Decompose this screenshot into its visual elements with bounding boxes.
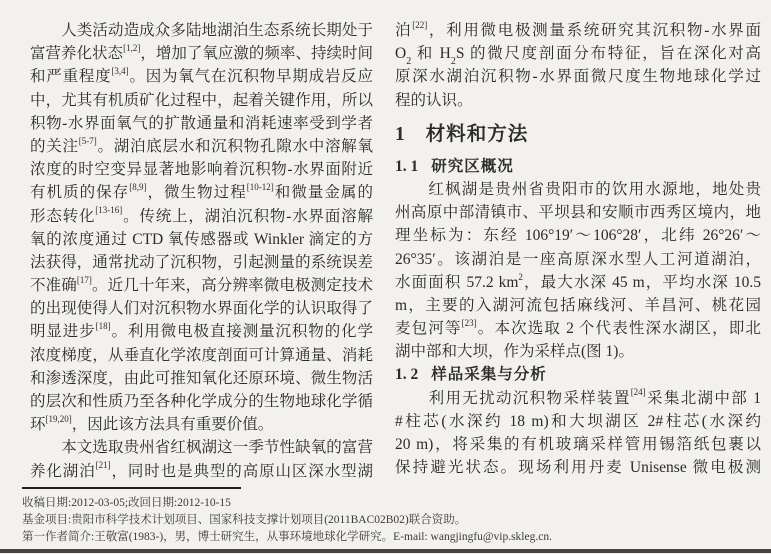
text-line: 程的认识。 [395,89,761,112]
text-line: 环[19,20]，因此该方法具有重要价值。 [30,413,373,436]
text-line: 26°35′。该湖泊是一座高原深水型人工河道湖泊， [395,248,761,271]
text-line: 麦包河等[23]。本次选取 2 个代表性深水湖区，即北 [395,317,761,340]
text-line: 的层次和性质乃至各种化学成分的生物地球化学循 [30,390,373,413]
text-line: 明显进步[18]。利用微电极直接测量沉积物的化学 [30,320,373,343]
text-line: 本文选取贵州省红枫湖这一季节性缺氧的富营 [30,436,373,459]
left-column: 人类活动造成众多陆地湖泊生态系统长期处于富营养化状态[1,2]，增加了氧应激的频… [30,19,373,483]
text-line: 的出现使得人们对沉积物水界面化学的认识取得了 [30,297,373,320]
text-line: 利用无扰动沉积物采样装置[24]采集北湖中部 1 [395,387,761,410]
text-line: 积物-水界面氧气的扩散通量和消耗速率受到学者 [30,112,373,135]
text-line: 氧的浓度通过 CTD 氧传感器或 Winkler 滴定的方 [30,228,373,251]
footnote: 收稿日期:2012-03-05;改回日期:2012-10-15 基金项目:贵阳市… [22,487,762,546]
text-line: 原深水湖泊沉积物-水界面微尺度生物地球化学过 [395,65,761,88]
text-line: 州高原中部清镇市、平坝县和安顺市西秀区境内，地 [395,201,761,224]
text-line: O2 和 H2S 的微尺度剖面分布特征，旨在深化对高 [395,42,761,65]
text-line: 红枫湖是贵州省贵阳市的饮用水源地，地处贵 [395,178,761,201]
text-line: #柱芯(水深约 18 m)和大坝湖区 2#柱芯(水深约 [395,410,761,433]
text-line: 水面面积 57.2 km2，最大水深 45 m，平均水深 10.5 [395,271,761,294]
text-line: 富营养化状态[1,2]，增加了氧应激的频率、持续时间 [30,42,373,65]
text-line: 理坐标为：东经 106°19′～106°28′，北纬 26°26′～ [395,224,761,247]
text-line: 和渗透深度，由此可推知氧化还原环境、微生物活动 [30,367,373,390]
text-line: 泊[22]，利用微电极测量系统研究其沉积物-水界面 [395,19,761,42]
text-line: 养化湖泊[21]，同时也是典型的高原山区深水型湖 [30,460,373,483]
heading-title: 样品采集与分析 [431,366,547,383]
paragraph: 泊[22]，利用微电极测量系统研究其沉积物-水界面O2 和 H2S 的微尺度剖面… [395,19,761,112]
text-line: 20 m)，将采集的有机玻璃采样管用锡箔纸包裹以 [395,433,761,456]
heading-title: 研究区概况 [431,158,514,175]
heading-title: 材料和方法 [426,124,529,145]
subsection-heading: 1. 2样品采集与分析 [395,363,761,386]
text-line: 保持避光状态。现场利用丹麦 Unisense 微电极测 [395,456,761,479]
funding-line: 基金项目:贵阳市科学技术计划项目、国家科技支撑计划项目(2011BAC02B02… [22,512,762,529]
first-author-line: 第一作者简介:王敬富(1983-)，男，博士研究生，从事环境地球化学研究。E-m… [22,529,762,546]
heading-number: 1. 2 [395,366,418,383]
text-line: 湖中部和大坝，作为采样点(图 1)。 [395,340,761,363]
scan-edge-bar [0,549,771,553]
text-line: 法获得，通常扰动了沉积物，引起测量的系统误差或 [30,251,373,274]
section-heading: 1材料和方法 [395,121,761,148]
right-column: 泊[22]，利用微电极测量系统研究其沉积物-水界面O2 和 H2S 的微尺度剖面… [395,19,761,479]
text-line: 不准确[17]。近几十年来，高分辨率微电极测定技术 [30,274,373,297]
text-line: m，主要的入湖河流包括麻线河、羊昌河、桃花园河、 [395,294,761,317]
paragraph: 人类活动造成众多陆地湖泊生态系统长期处于富营养化状态[1,2]，增加了氧应激的频… [30,19,373,436]
paper-page: 人类活动造成众多陆地湖泊生态系统长期处于富营养化状态[1,2]，增加了氧应激的频… [0,0,771,554]
heading-number: 1 [395,124,405,145]
paragraph: 红枫湖是贵州省贵阳市的饮用水源地，地处贵州高原中部清镇市、平坝县和安顺市西秀区境… [395,178,761,364]
text-line: 有机质的保存[8,9]，微生物过程[10-12]和微量金属的 [30,181,373,204]
paragraph: 本文选取贵州省红枫湖这一季节性缺氧的富营养化湖泊[21]，同时也是典型的高原山区… [30,436,373,482]
text-line: 的关注[5-7]。湖泊底层水和沉积物孔隙水中溶解氧 [30,135,373,158]
text-line: 和严重程度[3,4]。因为氧气在沉积物早期成岩反应 [30,65,373,88]
text-line: 形态转化[13-16]。传统上，湖泊沉积物-水界面溶解 [30,205,373,228]
text-line: 浓度的时空变异显著地影响着沉积物-水界面附近 [30,158,373,181]
footnote-divider [22,487,241,489]
text-line: 人类活动造成众多陆地湖泊生态系统长期处于 [30,19,373,42]
subsection-heading: 1. 1研究区概况 [395,155,761,178]
text-line: 浓度梯度，从垂直化学浓度剖面可计算通量、消耗量 [30,344,373,367]
paragraph: 利用无扰动沉积物采样装置[24]采集北湖中部 1#柱芯(水深约 18 m)和大坝… [395,387,761,480]
received-date-line: 收稿日期:2012-03-05;改回日期:2012-10-15 [22,495,762,512]
text-line: 中，尤其有机质矿化过程中，起着关键作用，所以沉 [30,89,373,112]
heading-number: 1. 1 [395,158,418,175]
